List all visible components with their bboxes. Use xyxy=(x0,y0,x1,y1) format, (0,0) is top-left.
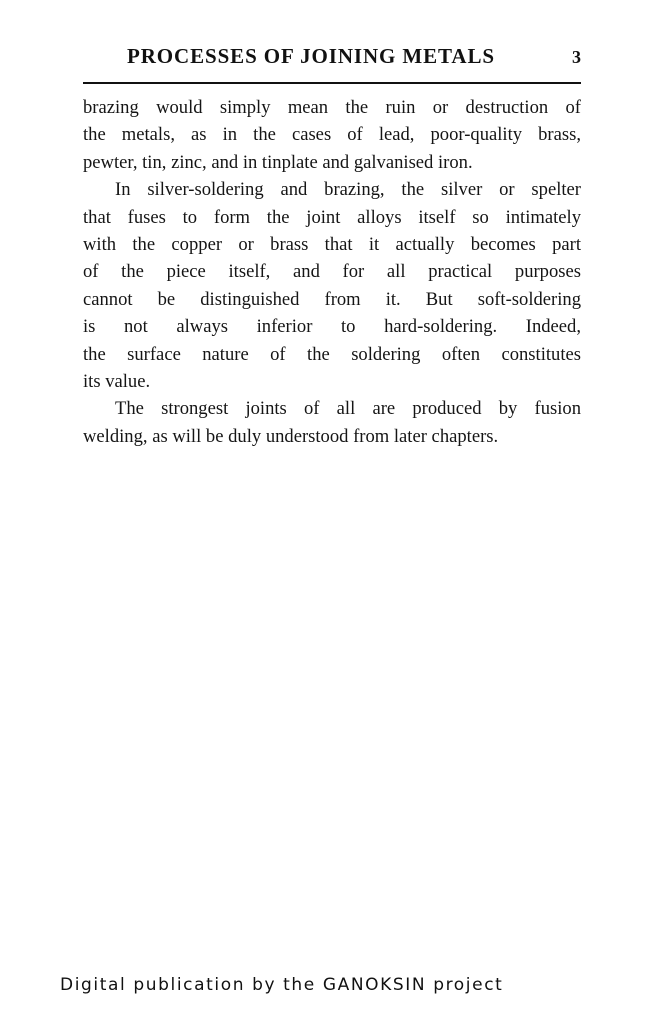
text-line: the metals, as in the cases of lead, poo… xyxy=(83,121,581,148)
text-line: The strongest joints of all are produced… xyxy=(83,395,581,422)
text-line: brazing would simply mean the ruin or de… xyxy=(83,94,581,121)
text-line: In silver-soldering and brazing, the sil… xyxy=(83,176,581,203)
text-line: welding, as will be duly understood from… xyxy=(83,423,581,450)
book-page: PROCESSES OF JOINING METALS 3 brazing wo… xyxy=(0,0,669,1024)
running-title: PROCESSES OF JOINING METALS xyxy=(127,44,495,69)
text-line: pewter, tin, zinc, and in tinplate and g… xyxy=(83,149,581,176)
running-head: PROCESSES OF JOINING METALS 3 xyxy=(83,44,581,74)
text-line: its value. xyxy=(83,368,581,395)
text-line: the surface nature of the soldering ofte… xyxy=(83,341,581,368)
text-line: cannot be distinguished from it. But sof… xyxy=(83,286,581,313)
header-rule-divider xyxy=(83,82,581,84)
text-line: of the piece itself, and for all practic… xyxy=(83,258,581,285)
body-text: brazing would simply mean the ruin or de… xyxy=(83,94,581,450)
page-number: 3 xyxy=(572,47,581,68)
text-line: with the copper or brass that it actuall… xyxy=(83,231,581,258)
text-line: is not always inferior to hard-soldering… xyxy=(83,313,581,340)
publication-credit-footer: Digital publication by the GANOKSIN proj… xyxy=(60,975,600,995)
text-line: that fuses to form the joint alloys itse… xyxy=(83,204,581,231)
